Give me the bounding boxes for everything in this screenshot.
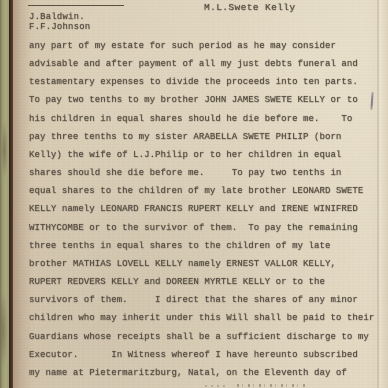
text-line: survivors of them. I direct that the sha… (29, 291, 381, 309)
text-line: WITHYCOMBE or to the survivor of them. T… (29, 219, 381, 237)
will-body-text: any part of my estate for such period as… (29, 37, 381, 382)
text-line: shares should she die before me. To pay … (29, 164, 381, 182)
text-line: my name at Pietermaritzburg, Natal, on t… (29, 364, 381, 382)
text-line: KELLY namely LEONARD FRANCIS RUPERT KELL… (29, 200, 381, 218)
text-line: children who may inherit under this Will… (29, 309, 381, 327)
clipped-text-fragment (237, 384, 305, 387)
witness-name-1: J.Baldwin. (29, 12, 85, 22)
scanned-will-page: AS WITNESSES: M.L.Swete Kelly J.Baldwin.… (0, 0, 388, 388)
text-line: RUPERT REDVERS KELLY and DOREEN MYRTLE K… (29, 273, 381, 291)
text-line: Guardians whose receipts shall be a suff… (29, 328, 381, 346)
text-line: his children in equal shares should he d… (29, 110, 381, 128)
page-right-edge (379, 0, 388, 388)
witnesses-heading-clipped: AS WITNESSES: (28, 0, 124, 6)
text-line: Kelly) the wife of L.J.Philip or to her … (29, 146, 381, 164)
text-line: brother MATHIAS LOVELL KELLY namely ERNE… (29, 255, 381, 273)
text-line: Executor. In Witness whereof I have here… (29, 346, 381, 364)
page-crease (377, 0, 379, 388)
text-line: advisable and after payment of all my ju… (29, 55, 381, 73)
testator-signature: M.L.Swete Kelly (204, 2, 296, 13)
page-gutter-shadow (13, 0, 33, 388)
witness-name-2: F.F.Johnson (29, 22, 90, 32)
text-line: three tenths in equal shares to the chil… (29, 237, 381, 255)
binding-smudge (1, 120, 8, 180)
text-line: testamentary expenses to divide the proc… (29, 73, 381, 91)
text-line: any part of my estate for such period as… (29, 37, 381, 55)
text-line: equal shares to the children of my late … (29, 182, 381, 200)
book-binding-edge (0, 0, 9, 388)
text-line: To pay two tenths to my brother JOHN JAM… (29, 91, 381, 109)
text-line: pay three tenths to my sister ARABELLA S… (29, 128, 381, 146)
clipped-text-fragment (205, 385, 229, 387)
binding-smudge (0, 290, 8, 370)
